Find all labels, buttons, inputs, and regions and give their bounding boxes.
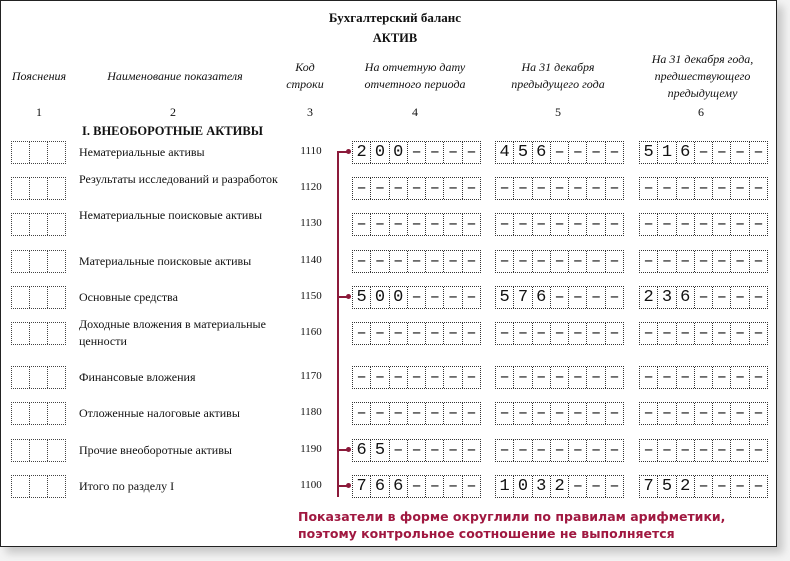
digit-cell[interactable]: 7 — [353, 476, 371, 497]
digit-cell[interactable]: – — [390, 440, 408, 461]
digit-cell[interactable]: – — [408, 476, 426, 497]
digit-cell[interactable]: 3 — [658, 287, 676, 308]
explanation-cell[interactable] — [48, 142, 65, 163]
digit-cell[interactable]: – — [426, 440, 444, 461]
digit-cell[interactable]: 6 — [677, 287, 695, 308]
digit-cell[interactable]: – — [496, 251, 514, 272]
indicator-name: Прочие внеоборотные активы — [79, 442, 279, 459]
value-year-before-previous[interactable]: ––––––– — [639, 213, 768, 236]
digit-cell[interactable]: – — [463, 178, 480, 199]
digit-cell[interactable]: – — [551, 367, 569, 388]
digit-cell[interactable]: – — [496, 323, 514, 344]
value-year-before-previous[interactable]: ––––––– — [639, 439, 768, 462]
digit-cell[interactable]: – — [444, 476, 462, 497]
explanation-cell[interactable] — [30, 251, 48, 272]
annotation-note: Показатели в форме округлили по правилам… — [298, 508, 725, 542]
value-year-before-previous[interactable]: ––––––– — [639, 402, 768, 425]
digit-cell[interactable]: – — [587, 323, 605, 344]
digit-cell[interactable]: – — [551, 323, 569, 344]
digit-cell[interactable]: – — [731, 178, 749, 199]
digit-cell[interactable]: – — [731, 476, 749, 497]
explanation-cell[interactable] — [12, 476, 30, 497]
digit-cell[interactable]: – — [658, 403, 676, 424]
digit-cell[interactable]: – — [408, 214, 426, 235]
digit-cell[interactable]: – — [606, 367, 623, 388]
digit-cell[interactable]: – — [658, 178, 676, 199]
value-current-period[interactable]: ––––––– — [352, 322, 481, 345]
digit-cell[interactable]: – — [551, 403, 569, 424]
value-previous-year[interactable]: 576–––– — [495, 286, 624, 309]
digit-cell[interactable]: – — [640, 367, 658, 388]
explanation-cell[interactable] — [30, 367, 48, 388]
value-year-before-previous[interactable]: ––––––– — [639, 322, 768, 345]
digit-cell[interactable]: 6 — [533, 287, 551, 308]
value-year-before-previous[interactable]: ––––––– — [639, 250, 768, 273]
digit-cell[interactable]: – — [606, 251, 623, 272]
digit-cell[interactable]: – — [353, 403, 371, 424]
digit-cell[interactable]: – — [463, 476, 480, 497]
digit-cell[interactable]: – — [551, 142, 569, 163]
digit-cell[interactable]: 5 — [640, 142, 658, 163]
explanation-cells[interactable] — [11, 286, 66, 309]
digit-cell[interactable]: – — [551, 214, 569, 235]
digit-cell[interactable]: – — [750, 142, 767, 163]
digit-cell[interactable]: – — [658, 251, 676, 272]
digit-cell[interactable]: – — [677, 440, 695, 461]
col-number-4: 4 — [400, 105, 430, 120]
digit-cell[interactable]: – — [371, 403, 389, 424]
digit-cell[interactable]: 5 — [658, 476, 676, 497]
digit-cell[interactable]: – — [695, 251, 713, 272]
explanation-cell[interactable] — [48, 178, 65, 199]
digit-cell[interactable]: – — [731, 287, 749, 308]
digit-cell[interactable]: – — [587, 367, 605, 388]
digit-cell[interactable]: 5 — [353, 287, 371, 308]
digit-cell[interactable]: – — [353, 367, 371, 388]
digit-cell[interactable]: – — [444, 367, 462, 388]
digit-cell[interactable]: – — [444, 440, 462, 461]
digit-cell[interactable]: – — [390, 178, 408, 199]
explanation-cells[interactable] — [11, 213, 66, 236]
digit-cell[interactable]: – — [731, 142, 749, 163]
digit-cell[interactable]: – — [533, 214, 551, 235]
col-header-before-prev-line1: На 31 декабря года, — [625, 51, 780, 68]
digit-cell[interactable]: – — [750, 476, 767, 497]
digit-cell[interactable]: – — [463, 323, 480, 344]
value-year-before-previous[interactable]: 516–––– — [639, 141, 768, 164]
digit-cell[interactable]: – — [426, 142, 444, 163]
digit-cell[interactable]: – — [731, 323, 749, 344]
value-year-before-previous[interactable]: 752–––– — [639, 475, 768, 498]
digit-cell[interactable]: – — [514, 323, 532, 344]
digit-cell[interactable]: – — [463, 142, 480, 163]
digit-cell[interactable]: – — [371, 367, 389, 388]
digit-cell[interactable]: – — [640, 403, 658, 424]
explanation-cell[interactable] — [30, 403, 48, 424]
digit-cell[interactable]: – — [514, 178, 532, 199]
digit-cell[interactable]: – — [408, 403, 426, 424]
digit-cell[interactable]: – — [569, 367, 587, 388]
digit-cell[interactable]: – — [496, 440, 514, 461]
digit-cell[interactable]: – — [371, 251, 389, 272]
digit-cell[interactable]: 6 — [677, 142, 695, 163]
value-previous-year[interactable]: 1032––– — [495, 475, 624, 498]
col-header-current-period: На отчетную дату отчетного периода — [340, 59, 490, 93]
explanation-cell[interactable] — [30, 287, 48, 308]
explanation-cell[interactable] — [48, 214, 65, 235]
digit-cell[interactable]: 0 — [371, 287, 389, 308]
digit-cell[interactable]: – — [731, 403, 749, 424]
digit-cell[interactable]: – — [695, 440, 713, 461]
digit-cell[interactable]: – — [658, 367, 676, 388]
indicator-name: Доходные вложения в материальные ценност… — [79, 316, 279, 350]
digit-cell[interactable]: – — [677, 251, 695, 272]
digit-cell[interactable]: – — [426, 403, 444, 424]
digit-cell[interactable]: – — [640, 178, 658, 199]
digit-cell[interactable]: 5 — [514, 142, 532, 163]
digit-cell[interactable]: 7 — [640, 476, 658, 497]
digit-cell[interactable]: 2 — [551, 476, 569, 497]
digit-cell[interactable]: – — [587, 476, 605, 497]
explanation-cell[interactable] — [12, 251, 30, 272]
digit-cell[interactable]: – — [695, 214, 713, 235]
digit-cell[interactable]: – — [606, 440, 623, 461]
digit-cell[interactable]: – — [750, 440, 767, 461]
explanation-cells[interactable] — [11, 366, 66, 389]
explanation-cell[interactable] — [48, 440, 65, 461]
digit-cell[interactable]: – — [713, 142, 731, 163]
digit-cell[interactable]: – — [606, 178, 623, 199]
explanation-cell[interactable] — [12, 178, 30, 199]
digit-cell[interactable]: – — [533, 403, 551, 424]
digit-cell[interactable]: – — [496, 178, 514, 199]
value-previous-year[interactable]: ––––––– — [495, 250, 624, 273]
explanation-cell[interactable] — [30, 142, 48, 163]
digit-cell[interactable]: – — [640, 214, 658, 235]
digit-cell[interactable]: – — [695, 403, 713, 424]
digit-cell[interactable]: – — [496, 214, 514, 235]
indicator-name: Финансовые вложения — [79, 369, 279, 386]
digit-cell[interactable]: – — [606, 287, 623, 308]
digit-cell[interactable]: – — [750, 251, 767, 272]
digit-cell[interactable]: – — [463, 440, 480, 461]
digit-cell[interactable]: – — [569, 142, 587, 163]
digit-cell[interactable]: – — [677, 403, 695, 424]
digit-cell[interactable]: – — [390, 214, 408, 235]
value-current-period[interactable]: 500–––– — [352, 286, 481, 309]
digit-cell[interactable]: – — [371, 214, 389, 235]
digit-cell[interactable]: – — [640, 323, 658, 344]
digit-cell[interactable]: – — [569, 476, 587, 497]
digit-cell[interactable]: – — [408, 323, 426, 344]
digit-cell[interactable]: 5 — [371, 440, 389, 461]
digit-cell[interactable]: – — [569, 287, 587, 308]
indicator-name: Основные средства — [79, 289, 279, 306]
digit-cell[interactable]: 6 — [371, 476, 389, 497]
digit-cell[interactable]: – — [514, 251, 532, 272]
digit-cell[interactable]: – — [353, 251, 371, 272]
digit-cell[interactable]: – — [551, 440, 569, 461]
digit-cell[interactable]: – — [695, 323, 713, 344]
digit-cell[interactable]: – — [444, 287, 462, 308]
value-current-period[interactable]: 766–––– — [352, 475, 481, 498]
digit-cell[interactable]: – — [514, 440, 532, 461]
digit-cell[interactable]: – — [444, 142, 462, 163]
digit-cell[interactable]: – — [750, 178, 767, 199]
digit-cell[interactable]: – — [353, 178, 371, 199]
digit-cell[interactable]: – — [587, 287, 605, 308]
digit-cell[interactable]: – — [640, 440, 658, 461]
explanation-cell[interactable] — [12, 142, 30, 163]
value-year-before-previous[interactable]: ––––––– — [639, 366, 768, 389]
indicator-name: Отложенные налоговые активы — [79, 405, 279, 422]
explanation-cell[interactable] — [48, 367, 65, 388]
digit-cell[interactable]: – — [514, 367, 532, 388]
digit-cell[interactable]: – — [408, 440, 426, 461]
digit-cell[interactable]: – — [587, 214, 605, 235]
digit-cell[interactable]: – — [677, 178, 695, 199]
digit-cell[interactable]: – — [606, 476, 623, 497]
value-previous-year[interactable]: ––––––– — [495, 177, 624, 200]
value-current-period[interactable]: ––––––– — [352, 213, 481, 236]
digit-cell[interactable]: – — [587, 403, 605, 424]
explanation-cell[interactable] — [12, 403, 30, 424]
digit-cell[interactable]: – — [587, 251, 605, 272]
explanation-cells[interactable] — [11, 141, 66, 164]
digit-cell[interactable]: – — [533, 251, 551, 272]
digit-cell[interactable]: – — [533, 323, 551, 344]
digit-cell[interactable]: – — [569, 323, 587, 344]
digit-cell[interactable]: 6 — [533, 142, 551, 163]
explanation-cell[interactable] — [48, 403, 65, 424]
digit-cell[interactable]: – — [569, 214, 587, 235]
digit-cell[interactable]: – — [444, 214, 462, 235]
digit-cell[interactable]: – — [640, 251, 658, 272]
digit-cell[interactable]: – — [658, 214, 676, 235]
explanation-cells[interactable] — [11, 322, 66, 345]
explanation-cell[interactable] — [48, 287, 65, 308]
explanation-cell[interactable] — [12, 214, 30, 235]
col-header-current-line1: На отчетную дату — [340, 59, 490, 76]
digit-cell[interactable]: – — [463, 251, 480, 272]
digit-cell[interactable]: – — [353, 214, 371, 235]
digit-cell[interactable]: – — [750, 403, 767, 424]
value-previous-year[interactable]: ––––––– — [495, 366, 624, 389]
digit-cell[interactable]: – — [444, 403, 462, 424]
explanation-cell[interactable] — [12, 440, 30, 461]
digit-cell[interactable]: – — [713, 367, 731, 388]
value-previous-year[interactable]: ––––––– — [495, 402, 624, 425]
digit-cell[interactable]: – — [496, 403, 514, 424]
value-year-before-previous[interactable]: 236–––– — [639, 286, 768, 309]
digit-cell[interactable]: – — [390, 251, 408, 272]
explanation-cell[interactable] — [30, 178, 48, 199]
digit-cell[interactable]: 1 — [658, 142, 676, 163]
explanation-cell[interactable] — [30, 440, 48, 461]
explanation-cells[interactable] — [11, 250, 66, 273]
digit-cell[interactable]: – — [731, 214, 749, 235]
digit-cell[interactable]: – — [713, 440, 731, 461]
explanation-cell[interactable] — [12, 367, 30, 388]
digit-cell[interactable]: – — [695, 142, 713, 163]
digit-cell[interactable]: – — [408, 251, 426, 272]
digit-cell[interactable]: – — [677, 367, 695, 388]
digit-cell[interactable]: – — [750, 367, 767, 388]
value-previous-year[interactable]: ––––––– — [495, 213, 624, 236]
digit-cell[interactable]: – — [426, 251, 444, 272]
digit-cell[interactable]: – — [750, 214, 767, 235]
digit-cell[interactable]: – — [750, 323, 767, 344]
annotation-connector-line — [337, 152, 339, 497]
digit-cell[interactable]: – — [713, 287, 731, 308]
digit-cell[interactable]: – — [496, 367, 514, 388]
digit-cell[interactable]: – — [533, 178, 551, 199]
explanation-cell[interactable] — [30, 476, 48, 497]
digit-cell[interactable]: – — [426, 214, 444, 235]
value-current-period[interactable]: ––––––– — [352, 177, 481, 200]
digit-cell[interactable]: – — [514, 403, 532, 424]
digit-cell[interactable]: – — [463, 403, 480, 424]
digit-cell[interactable]: 2 — [353, 142, 371, 163]
digit-cell[interactable]: 0 — [390, 142, 408, 163]
digit-cell[interactable]: – — [731, 251, 749, 272]
digit-cell[interactable]: – — [444, 251, 462, 272]
digit-cell[interactable]: – — [587, 142, 605, 163]
digit-cell[interactable]: 5 — [496, 287, 514, 308]
digit-cell[interactable]: 0 — [514, 476, 532, 497]
digit-cell[interactable]: – — [713, 178, 731, 199]
digit-cell[interactable]: – — [569, 251, 587, 272]
explanation-cell[interactable] — [48, 476, 65, 497]
digit-cell[interactable]: – — [390, 403, 408, 424]
digit-cell[interactable]: – — [533, 367, 551, 388]
explanation-cell[interactable] — [12, 323, 30, 344]
digit-cell[interactable]: – — [750, 287, 767, 308]
digit-cell[interactable]: – — [514, 214, 532, 235]
digit-cell[interactable]: – — [713, 251, 731, 272]
digit-cell[interactable]: 2 — [677, 476, 695, 497]
digit-cell[interactable]: – — [713, 323, 731, 344]
digit-cell[interactable]: – — [551, 251, 569, 272]
table-row: Нематериальные поисковые активы1130–––––… — [0, 213, 775, 249]
digit-cell[interactable]: – — [533, 440, 551, 461]
digit-cell[interactable]: – — [408, 142, 426, 163]
digit-cell[interactable]: – — [463, 287, 480, 308]
digit-cell[interactable]: 6 — [390, 476, 408, 497]
explanation-cells[interactable] — [11, 439, 66, 462]
value-current-period[interactable]: ––––––– — [352, 250, 481, 273]
digit-cell[interactable]: – — [695, 367, 713, 388]
digit-cell[interactable]: – — [606, 323, 623, 344]
digit-cell[interactable]: – — [713, 476, 731, 497]
digit-cell[interactable]: – — [731, 440, 749, 461]
row-code: 1100 — [296, 479, 326, 491]
digit-cell[interactable]: – — [390, 323, 408, 344]
digit-cell[interactable]: – — [426, 178, 444, 199]
digit-cell[interactable]: – — [426, 476, 444, 497]
digit-cell[interactable]: – — [444, 178, 462, 199]
value-current-period[interactable]: 200–––– — [352, 141, 481, 164]
value-previous-year[interactable]: 456–––– — [495, 141, 624, 164]
digit-cell[interactable]: – — [606, 214, 623, 235]
digit-cell[interactable]: – — [713, 403, 731, 424]
explanation-cell[interactable] — [48, 323, 65, 344]
row-code: 1190 — [296, 443, 326, 455]
digit-cell[interactable]: 3 — [533, 476, 551, 497]
explanation-cells[interactable] — [11, 177, 66, 200]
digit-cell[interactable]: – — [408, 287, 426, 308]
value-previous-year[interactable]: ––––––– — [495, 322, 624, 345]
explanation-cell[interactable] — [30, 323, 48, 344]
indicator-name: Нематериальные поисковые активы — [79, 207, 279, 224]
digit-cell[interactable]: – — [658, 440, 676, 461]
digit-cell[interactable]: – — [426, 287, 444, 308]
digit-cell[interactable]: – — [569, 440, 587, 461]
col-header-prev-line2: предыдущего года — [483, 76, 633, 93]
digit-cell[interactable]: – — [444, 323, 462, 344]
digit-cell[interactable]: – — [353, 323, 371, 344]
digit-cell[interactable]: – — [606, 403, 623, 424]
digit-cell[interactable]: – — [569, 178, 587, 199]
digit-cell[interactable]: 0 — [390, 287, 408, 308]
value-current-period[interactable]: 65––––– — [352, 439, 481, 462]
table-row: Отложенные налоговые активы1180–––––––––… — [0, 402, 775, 438]
digit-cell[interactable]: – — [408, 178, 426, 199]
table-row: Доходные вложения в материальные ценност… — [0, 322, 775, 358]
digit-cell[interactable]: – — [677, 323, 695, 344]
digit-cell[interactable]: – — [463, 214, 480, 235]
digit-cell[interactable]: – — [390, 367, 408, 388]
digit-cell[interactable]: – — [713, 214, 731, 235]
digit-cell[interactable]: – — [371, 323, 389, 344]
digit-cell[interactable]: 7 — [514, 287, 532, 308]
digit-cell[interactable]: – — [408, 367, 426, 388]
digit-cell[interactable]: – — [463, 367, 480, 388]
value-year-before-previous[interactable]: ––––––– — [639, 177, 768, 200]
explanation-cell[interactable] — [48, 251, 65, 272]
digit-cell[interactable]: – — [695, 476, 713, 497]
digit-cell[interactable]: 2 — [640, 287, 658, 308]
digit-cell[interactable]: 4 — [496, 142, 514, 163]
digit-cell[interactable]: – — [695, 287, 713, 308]
digit-cell[interactable]: 1 — [496, 476, 514, 497]
value-current-period[interactable]: ––––––– — [352, 366, 481, 389]
digit-cell[interactable]: – — [731, 367, 749, 388]
digit-cell[interactable]: – — [606, 142, 623, 163]
digit-cell[interactable]: – — [426, 367, 444, 388]
digit-cell[interactable]: – — [426, 323, 444, 344]
col-header-code-line2: строки — [280, 76, 330, 93]
digit-cell[interactable]: – — [587, 178, 605, 199]
digit-cell[interactable]: – — [677, 214, 695, 235]
digit-cell[interactable]: – — [658, 323, 676, 344]
digit-cell[interactable]: – — [371, 178, 389, 199]
value-current-period[interactable]: ––––––– — [352, 402, 481, 425]
explanation-cells[interactable] — [11, 475, 66, 498]
digit-cell[interactable]: – — [587, 440, 605, 461]
digit-cell[interactable]: – — [551, 178, 569, 199]
digit-cell[interactable]: – — [695, 178, 713, 199]
digit-cell[interactable]: – — [569, 403, 587, 424]
explanation-cells[interactable] — [11, 402, 66, 425]
digit-cell[interactable]: – — [551, 287, 569, 308]
value-previous-year[interactable]: ––––––– — [495, 439, 624, 462]
row-code: 1110 — [296, 145, 326, 157]
explanation-cell[interactable] — [12, 287, 30, 308]
explanation-cell[interactable] — [30, 214, 48, 235]
digit-cell[interactable]: 6 — [353, 440, 371, 461]
digit-cell[interactable]: 0 — [371, 142, 389, 163]
